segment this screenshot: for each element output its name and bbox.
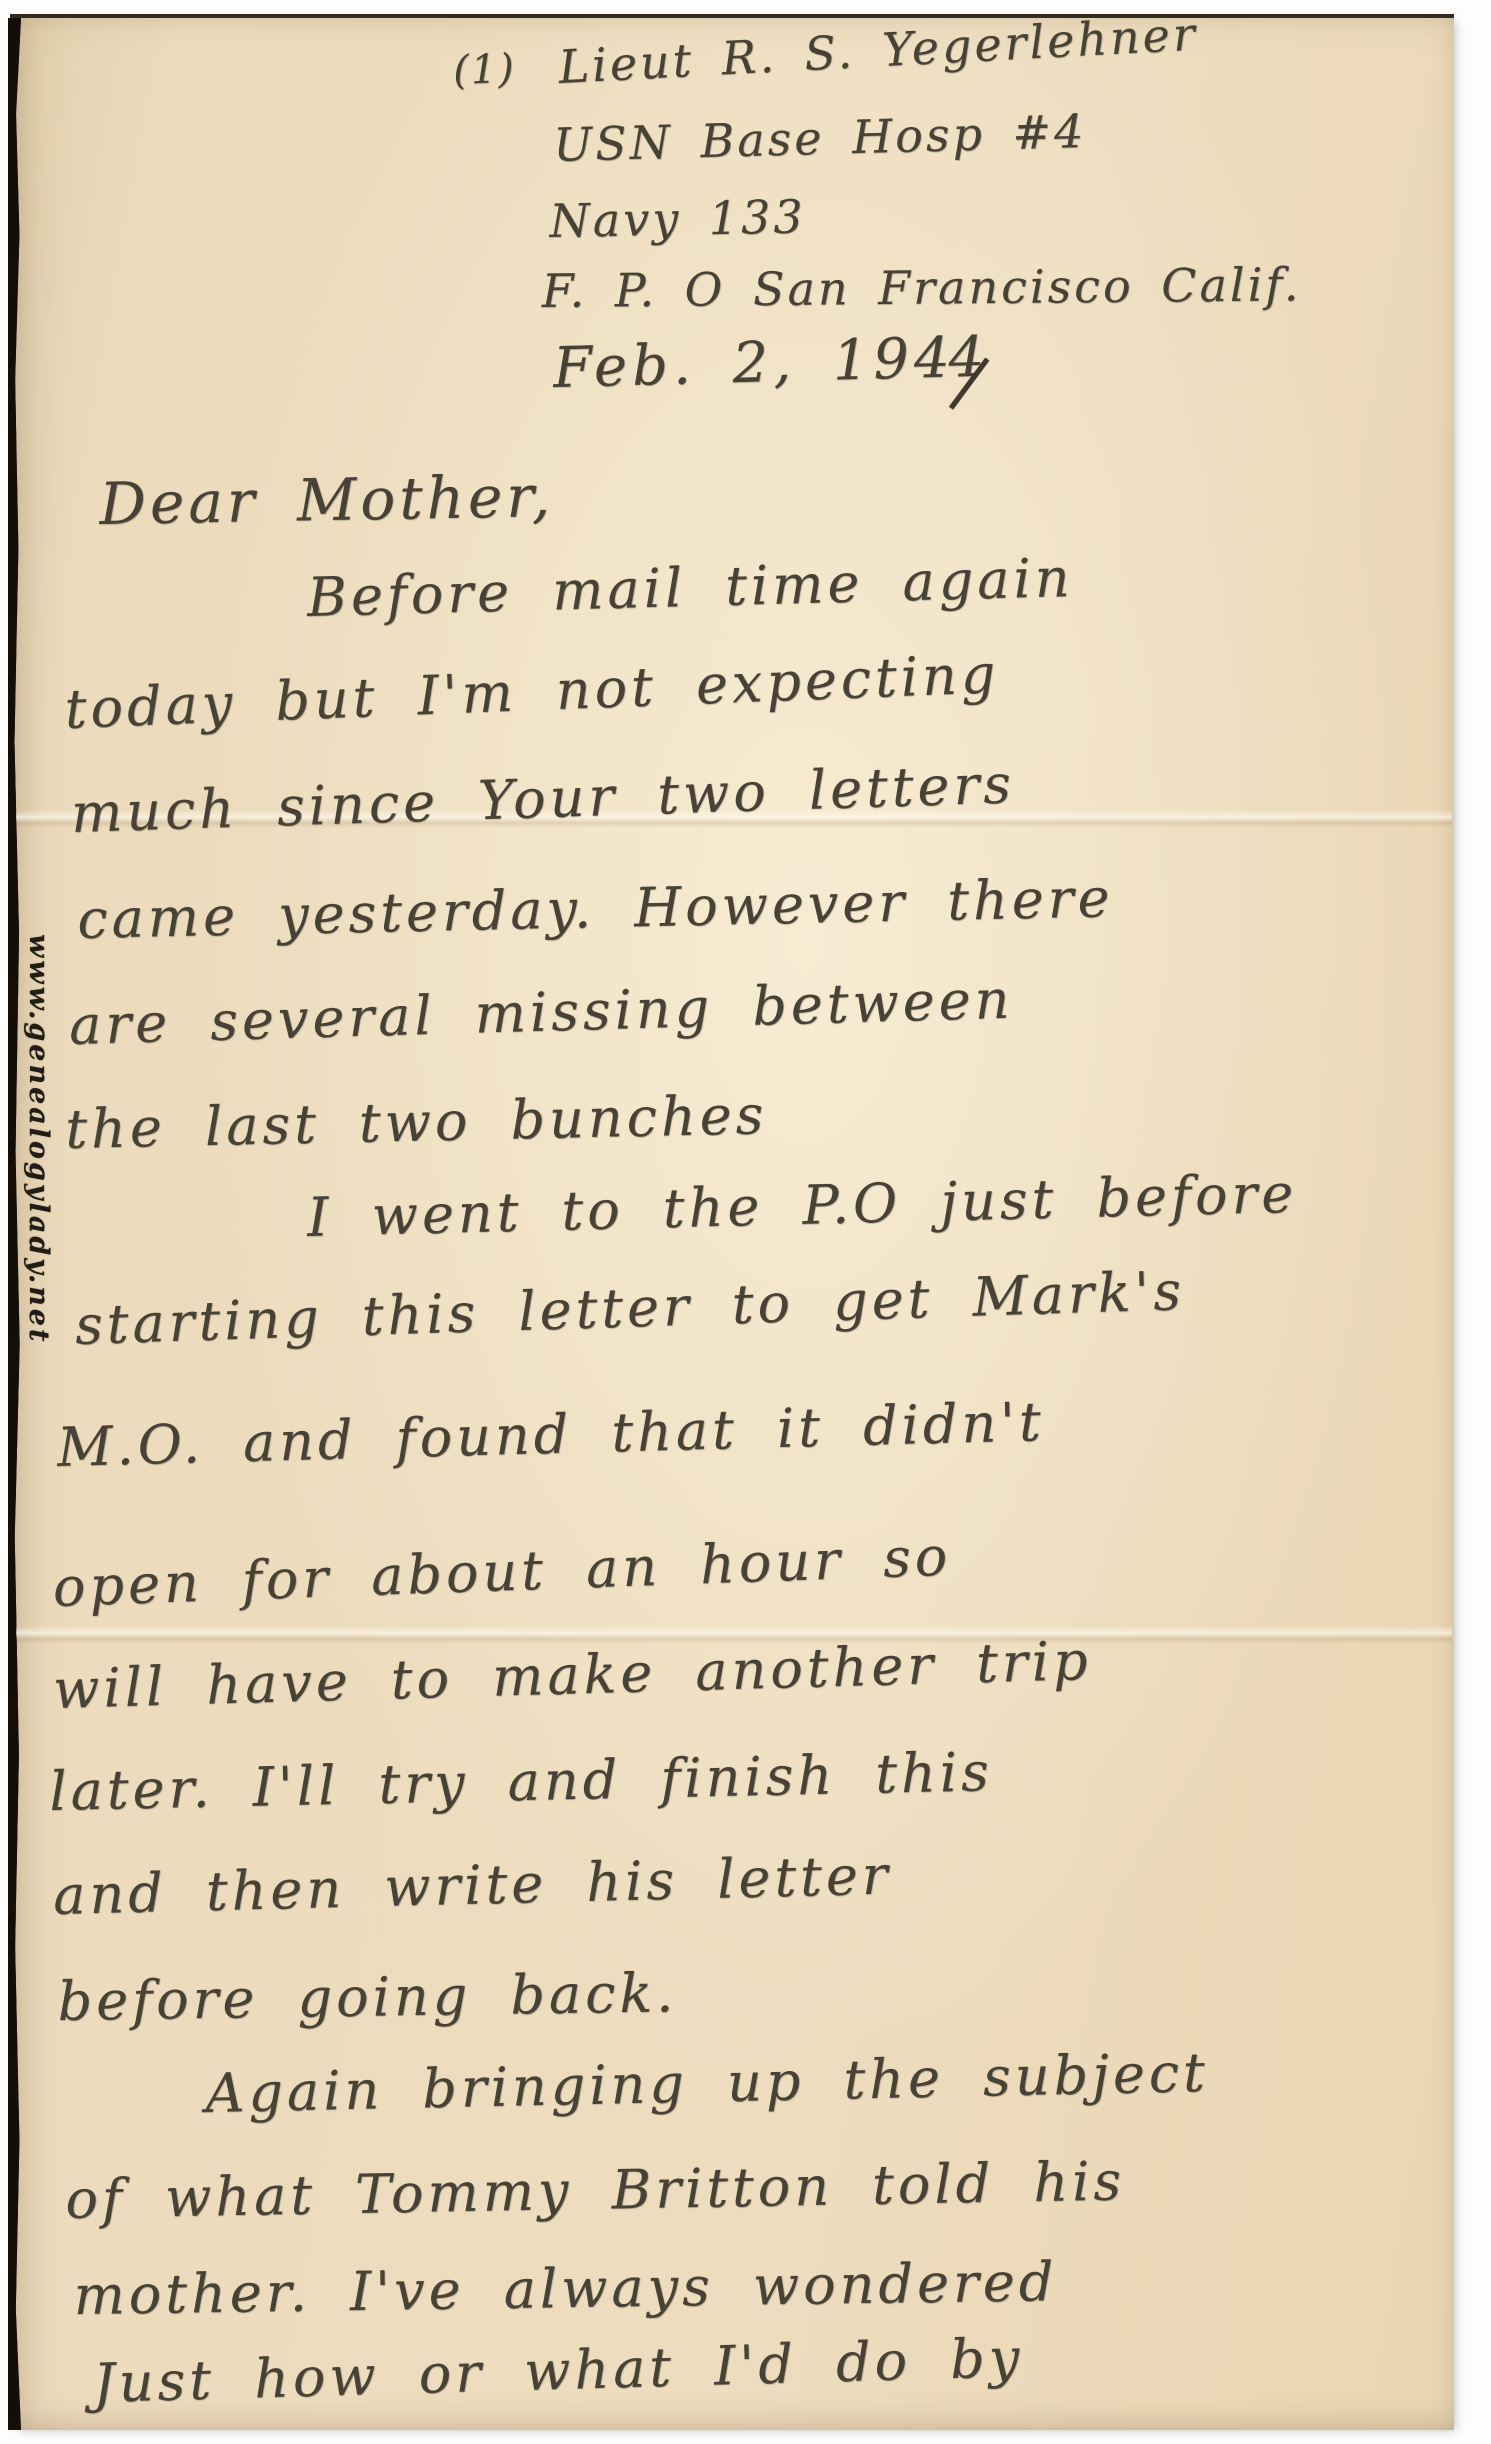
salutation: Dear Mother, (99, 462, 555, 538)
header-address-line: Navy 133 (549, 190, 806, 248)
scan-canvas: www.genealogylady.net (1) Lieut R. S. Ye… (0, 0, 1491, 2444)
header-address-line: F. P. O San Francisco Calif. (542, 257, 1302, 318)
handwritten-line: Again bringing up the subject (205, 2041, 1210, 2125)
date-text: Feb. 2, 19 (552, 327, 914, 401)
letter-page: www.genealogylady.net (1) Lieut R. S. Ye… (10, 14, 1454, 2430)
handwritten-line: Before mail time again (306, 546, 1074, 629)
header-address-line: USN Base Hosp #4 (553, 104, 1087, 172)
handwritten-line: starting this letter to get Mark's (74, 1259, 1186, 1357)
page-number: (1) (452, 46, 516, 94)
handwritten-line: the last two bunches (65, 1083, 768, 1161)
handwritten-line: and then write his letter (52, 1844, 892, 1927)
handwritten-line: today but I'm not expecting (64, 642, 1001, 741)
date-line: Feb. 2, 1944 (552, 325, 990, 401)
handwritten-line: mother. I've always wondered (73, 2250, 1058, 2327)
handwritten-line: I went to the P.O just before (306, 1162, 1297, 1249)
handwritten-line: much since Your two letters (70, 752, 1016, 845)
handwritten-line: before going back. (57, 1961, 678, 2033)
handwritten-line: are several missing between (68, 968, 1014, 1057)
date-struck-digit: 4 (948, 325, 990, 391)
handwritten-line: Just how or what I'd do by (92, 2326, 1024, 2415)
watermark-url: www.genealogylady.net (12, 934, 54, 1474)
handwritten-line: came yesterday. However there (77, 866, 1114, 951)
handwritten-line: open for about an hour so (52, 1525, 952, 1619)
handwritten-line: M.O. and found that it didn't (56, 1390, 1045, 1479)
handwritten-line: of what Tommy Britton told his (65, 2150, 1126, 2231)
handwritten-line: later. I'll try and finish this (49, 1740, 994, 1823)
header-address-line: Lieut R. S. Yegerlehner (557, 7, 1199, 94)
